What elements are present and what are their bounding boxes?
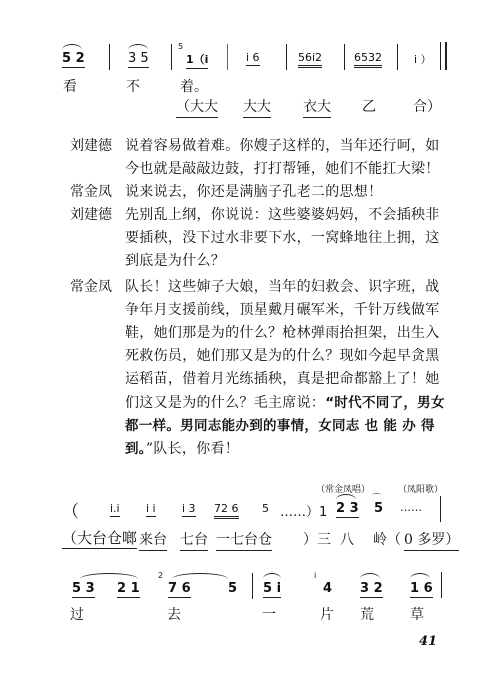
note-group: 5 i xyxy=(263,581,281,598)
percussion-syllables: 七台 xyxy=(180,529,208,551)
dialogue-line: 争年月支援前线，顶星戴月碾军米，千针万线做军 xyxy=(125,299,440,319)
grace-note: 5 xyxy=(178,42,183,51)
open-paren: （ xyxy=(62,497,79,522)
barline xyxy=(441,572,442,598)
dialogue-text: 们这又是为的什么？毛主席说： xyxy=(125,395,325,411)
quote-bold: 都一样。男同志能办到的事情，女同志 也 能 办 得 xyxy=(125,414,435,434)
percussion-syllables: ）三 xyxy=(303,529,331,549)
note-group: 3 5 xyxy=(128,51,149,68)
dialogue-line: 说着容易做着难。你嫂子这样的，当年还行呵，如 xyxy=(125,135,440,155)
barline xyxy=(252,573,253,599)
singer-annotation: （常金凤唱） xyxy=(316,482,370,495)
percussion-syllables: 八 xyxy=(340,529,354,549)
barline xyxy=(286,44,287,70)
note-group: 6532 xyxy=(354,51,382,68)
note-group: 7 6 xyxy=(168,581,191,598)
dialogue-line: 鞋，她们那是为的什么？枪林弹雨抬担架，出生入 xyxy=(125,322,440,342)
lyric: 不 xyxy=(126,76,140,96)
lyric: 草 xyxy=(410,604,424,624)
barline xyxy=(171,44,172,70)
percussion-syllables: 一七台仓 xyxy=(216,529,272,551)
note: 4 xyxy=(323,581,332,596)
dialogue-line: 到底是为什么？ xyxy=(125,250,225,270)
note-group: ……）1 xyxy=(280,501,327,520)
dialogue-line: 今也就是敲敲边鼓，打打帮锤，她们不能扛大梁！ xyxy=(125,158,440,178)
slur xyxy=(128,44,148,50)
quote-bold: 到。 xyxy=(125,441,146,457)
note-group: i 6 xyxy=(246,51,260,66)
percussion-syllables: 岭（ xyxy=(373,529,401,549)
note-group: 3 2 xyxy=(360,581,383,598)
barline xyxy=(397,44,398,70)
dialogue-text: ”队长，你看！ xyxy=(146,441,239,457)
grace-note: 2 xyxy=(158,571,163,580)
dialogue-line: 死救伤员，她们那又是为的什么？现如今起早贪黑 xyxy=(125,345,440,365)
percussion-syllables: （大台仓啷 xyxy=(62,527,137,548)
percussion-syllables: 衣大 xyxy=(303,96,331,118)
note: 5 xyxy=(262,502,269,515)
percussion-syllables: 乙 xyxy=(362,96,376,116)
percussion-syllables: 0 多罗） xyxy=(404,529,459,551)
lyric: 着。 xyxy=(180,76,208,96)
slur xyxy=(62,44,82,50)
grace-note: i xyxy=(314,571,316,580)
dialogue-line: 们这又是为的什么？毛主席说：“时代不同了，男女 xyxy=(125,391,445,412)
barline xyxy=(344,44,345,70)
note-group: i.i xyxy=(110,502,120,517)
note-group: i ） xyxy=(414,51,432,67)
note-group: 2 3 xyxy=(336,501,359,518)
lyric: 荒 xyxy=(360,604,374,624)
note: 5 xyxy=(228,581,237,596)
percussion-syllables: 合） xyxy=(413,96,441,116)
note-group: 72 6 xyxy=(214,502,239,519)
dialogue-line: 队长！这些婶子大娘，当年的妇救会、识字班，战 xyxy=(125,276,440,296)
lyric: 过 xyxy=(70,604,84,624)
ellipsis: …… xyxy=(400,501,422,514)
dialogue-line: 说来说去，你还是满脑子孔老二的思想！ xyxy=(125,181,382,201)
lyric: 看 xyxy=(63,76,77,96)
percussion-syllables: （大大 xyxy=(176,96,218,118)
percussion-syllables: 大大 xyxy=(243,96,271,118)
note-group: 5 2 xyxy=(62,51,85,68)
note-group: 1 6 xyxy=(410,581,433,598)
quote-bold: “时代不同了，男女 xyxy=(325,395,445,411)
barline xyxy=(440,496,441,522)
speaker-name: 常金凤 xyxy=(70,276,112,296)
slur xyxy=(80,573,138,579)
slur xyxy=(410,573,430,579)
dialogue-line: 先别乱上纲，你说说：这些婆婆妈妈，不会插秧非 xyxy=(125,204,440,224)
note-group: 5 3 xyxy=(72,581,95,598)
note-group: i i xyxy=(146,502,156,517)
slur xyxy=(172,573,228,579)
lyric: 一 xyxy=(262,604,276,624)
barline xyxy=(227,44,228,70)
barline xyxy=(109,44,110,70)
page-number: 41 xyxy=(419,634,437,649)
lyric: 片 xyxy=(320,604,334,624)
lyric: 去 xyxy=(167,604,181,624)
note-group: 1（i xyxy=(186,51,208,69)
speaker-name: 刘建德 xyxy=(70,135,112,155)
slur xyxy=(263,573,281,579)
dialogue-line: 要插秧，没下过水非要下水，一窝蜂地往上拥，这 xyxy=(125,227,440,247)
slur xyxy=(336,494,356,500)
note-group: i 3 xyxy=(182,502,196,517)
dialogue-line: 运稻苗，借着月光练插秧，真是把命都豁上了！她 xyxy=(125,368,440,388)
speaker-name: 常金凤 xyxy=(70,181,112,201)
dialogue-line: 到。”队长，你看！ xyxy=(125,437,239,458)
note: 5 xyxy=(374,501,383,516)
percussion-syllables: 来台 xyxy=(139,529,167,551)
note-group: 2 1 xyxy=(117,581,140,598)
slur xyxy=(360,573,380,579)
tune-annotation: （凤阳歌） xyxy=(398,482,443,495)
end-barline xyxy=(440,42,447,70)
note-group: 56i2 xyxy=(298,51,322,68)
speaker-name: 刘建德 xyxy=(70,204,112,224)
